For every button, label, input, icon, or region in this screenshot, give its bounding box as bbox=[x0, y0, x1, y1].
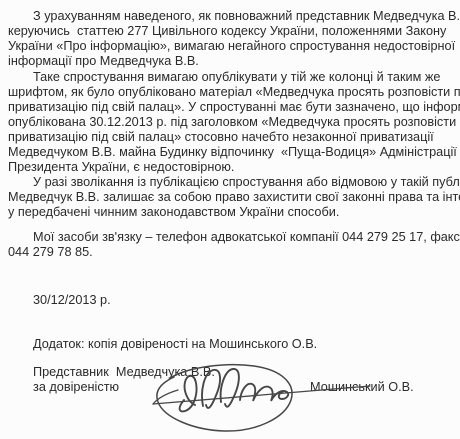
text-line: опублікована 30.12.2013 р. під заголовко… bbox=[8, 115, 456, 130]
scanned-letter-page: З урахуванням наведеного, як повноважний… bbox=[0, 0, 460, 439]
text-line: шрифтом, як було опубліковано матеріал «… bbox=[8, 85, 456, 100]
text-line: У разі зволікання із публікацією спросту… bbox=[8, 175, 456, 190]
text-line: України «Про інформацію», вимагаю негайн… bbox=[8, 39, 456, 54]
paragraph-contacts: Мої засоби зв'язку – телефон адвокатсько… bbox=[8, 230, 456, 260]
text-line: інформації про Медведчука В.В. bbox=[8, 54, 456, 69]
handwritten-signature-icon bbox=[148, 360, 378, 439]
paragraph-legal-warning: У разі зволікання із публікацією спросту… bbox=[8, 175, 456, 220]
date-line: 30/12/2013 р. bbox=[33, 293, 456, 308]
attachment-line: Додаток: копія довіреності на Мошинськог… bbox=[33, 337, 456, 352]
paragraph-publication-terms: Таке спростування вимагаю опублікувати у… bbox=[8, 70, 456, 175]
text-line: Президента України, є недостовірною. bbox=[8, 160, 456, 175]
text-line: Таке спростування вимагаю опублікувати у… bbox=[8, 70, 456, 85]
text-line: приватизацію під свій палац». У спростув… bbox=[8, 100, 456, 115]
text-line: З урахуванням наведеного, як повноважний… bbox=[8, 9, 456, 24]
text-line: керуючись статтею 277 Цивільного кодексу… bbox=[8, 24, 456, 39]
paragraph-demand: З урахуванням наведеного, як повноважний… bbox=[8, 9, 456, 69]
text-line: Мої засоби зв'язку – телефон адвокатсько… bbox=[8, 230, 456, 245]
text-line: у передбачені чинним законодавством Укра… bbox=[8, 205, 456, 220]
text-line: приватизацію під свій палац» стосовно на… bbox=[8, 130, 456, 145]
text-line: Медведчук В.В. залишає за собою право за… bbox=[8, 190, 456, 205]
text-line: Медведчуком В.В. майна Будинку відпочинк… bbox=[8, 145, 456, 160]
text-line: 044 279 78 85. bbox=[8, 245, 456, 260]
